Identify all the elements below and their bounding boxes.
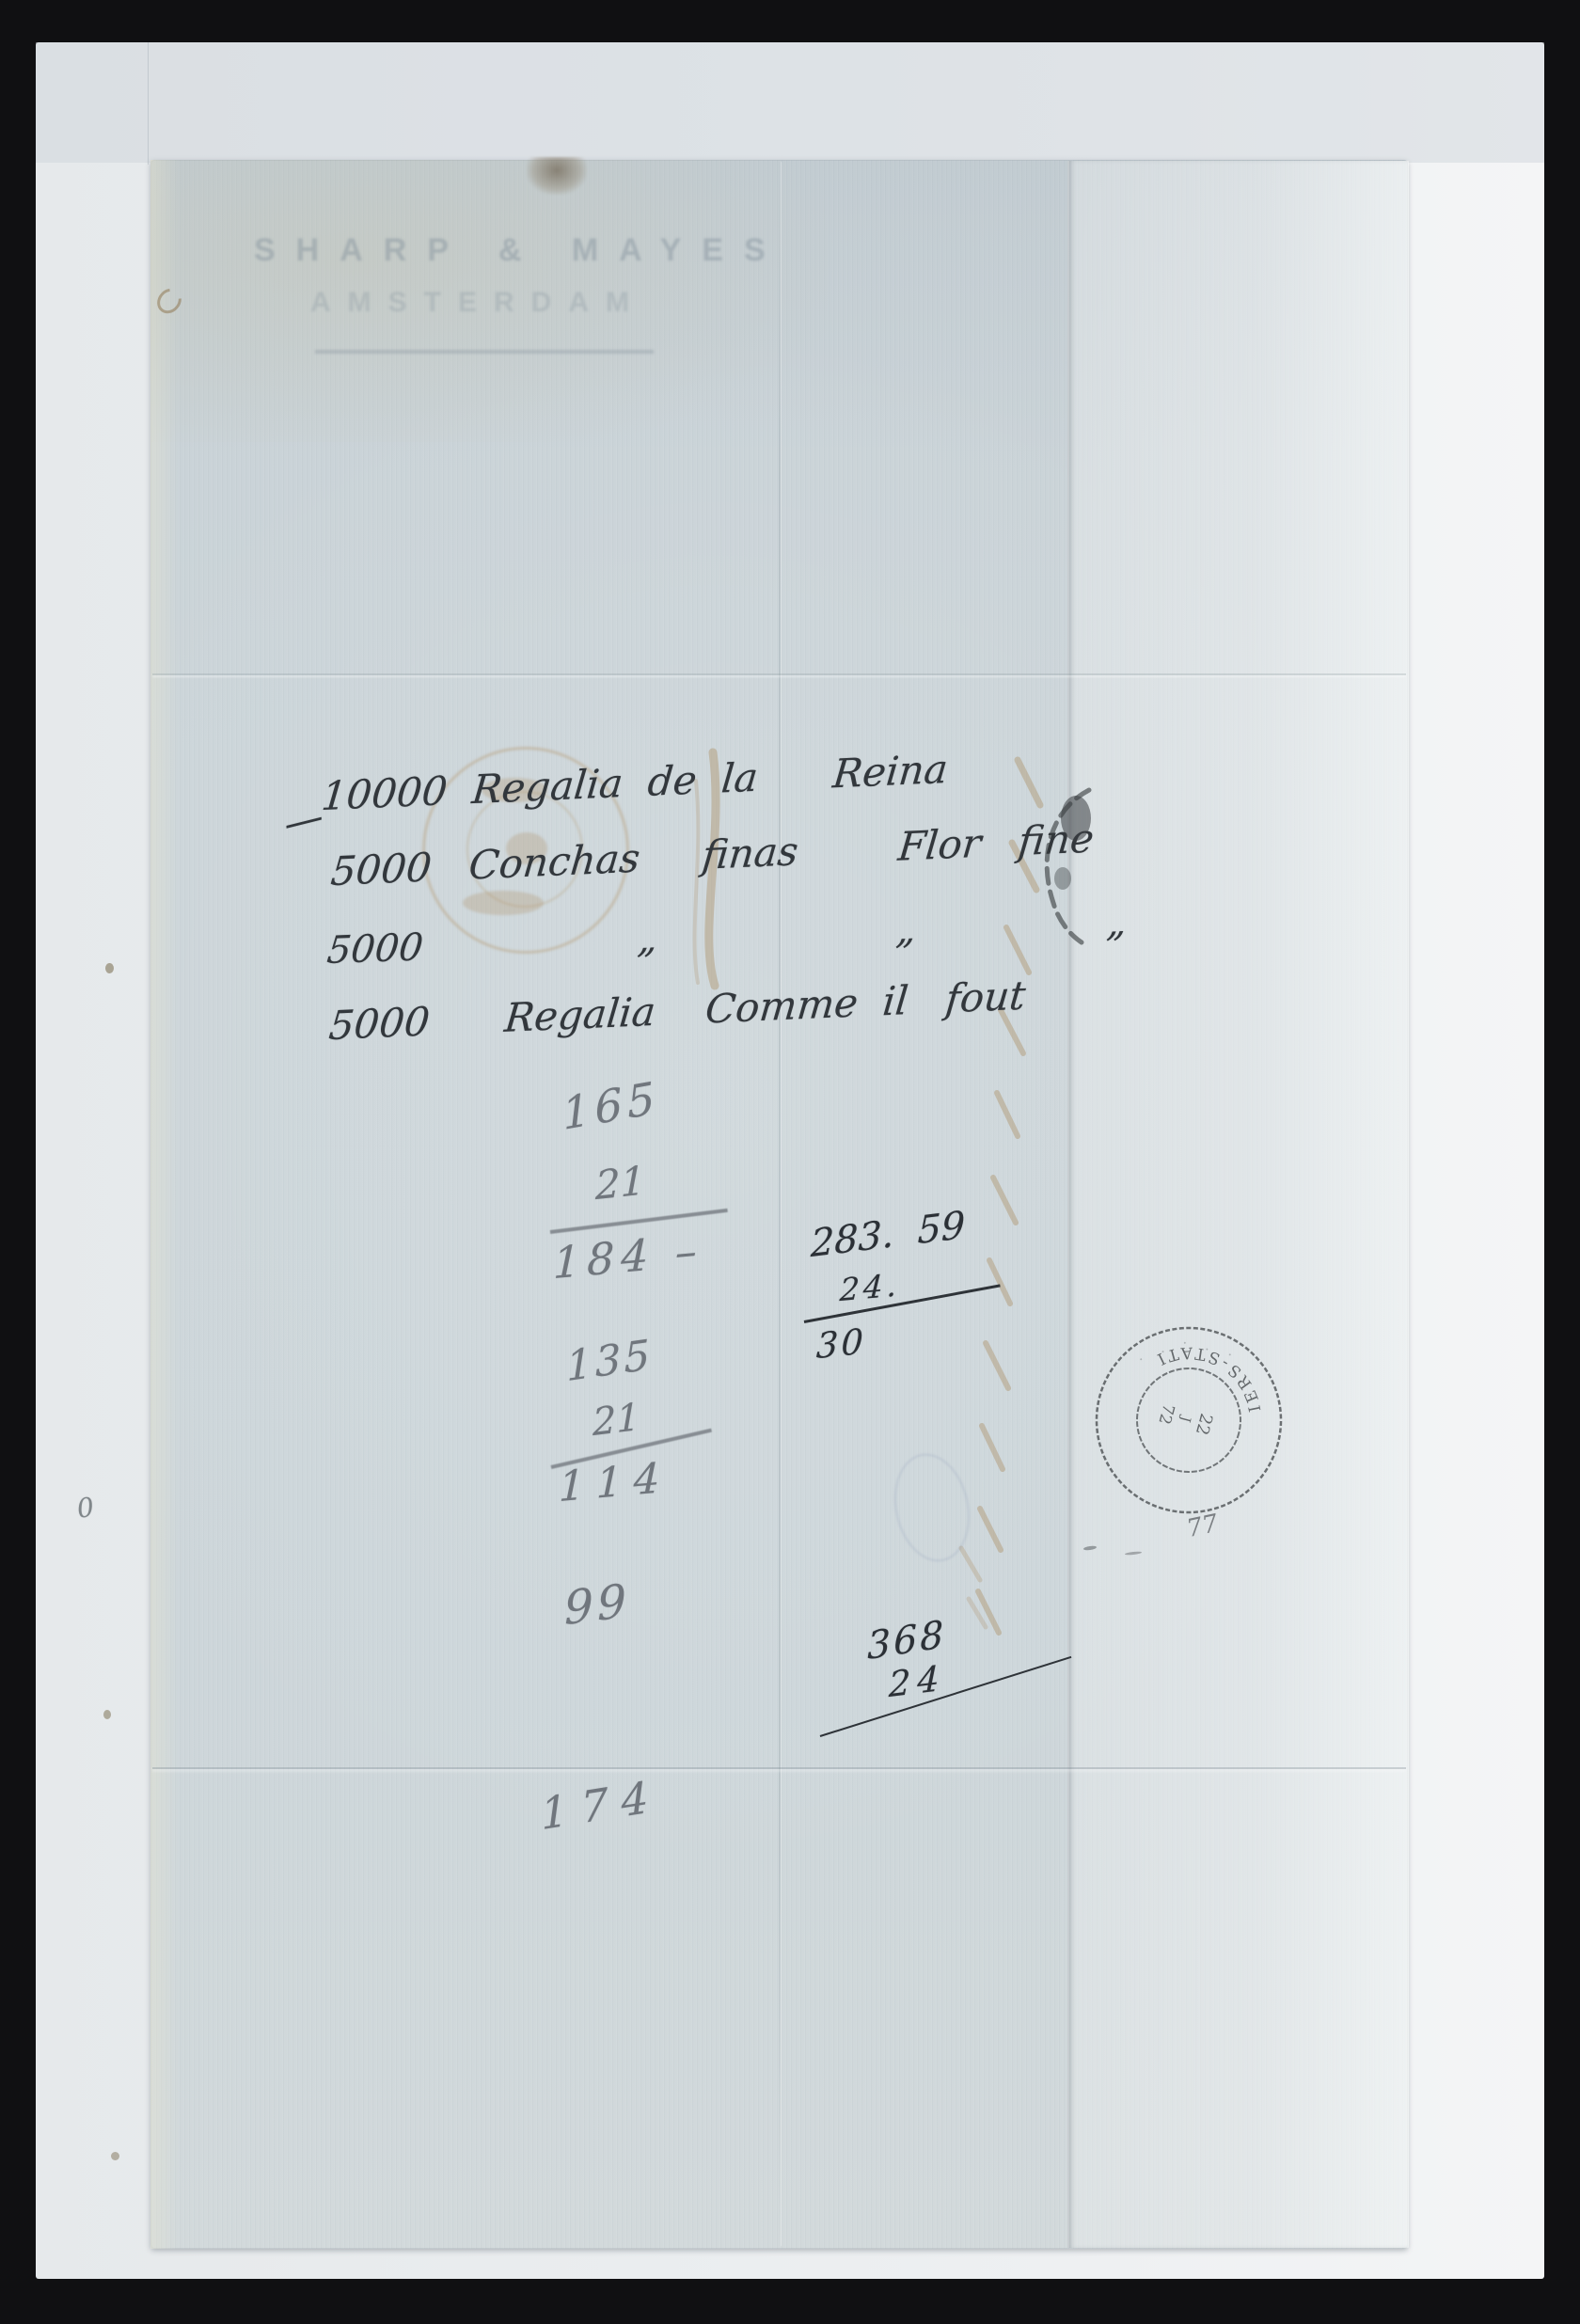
cds-date-day: 22	[1192, 1411, 1216, 1437]
embossed-letterhead-line1: SHARP & MAYES	[254, 232, 786, 269]
letter-left-edge-highlight	[150, 160, 179, 2249]
smeared-partial-postmark	[1021, 783, 1108, 954]
cds-date-month: J	[1177, 1413, 1193, 1424]
edge-speck-1	[105, 963, 114, 973]
edge-speck-3	[111, 2152, 119, 2160]
black-cds-postmark: IERS-STATI · . · . · 22 J 72	[1089, 1320, 1288, 1520]
fold-crease-horizontal-upper	[152, 673, 1406, 675]
embossed-letterhead-rule	[315, 350, 654, 354]
edge-speck-2	[103, 1710, 111, 1719]
backing-top-band	[36, 42, 1544, 163]
scanned-letter-page: SHARP & MAYES AMSTERDAM —	[0, 0, 1580, 2324]
embossed-letterhead-line2: AMSTERDAM	[310, 287, 646, 319]
pencil-note-99: 99	[563, 1573, 630, 1636]
pencil-calc2-result: 114	[559, 1453, 671, 1511]
ink-calc1-mid: 24.	[839, 1266, 901, 1308]
pencil-calc2-mult: 21	[592, 1396, 640, 1445]
top-edge-stain	[527, 157, 587, 195]
ink-calc1-result: 30	[815, 1320, 866, 1367]
pencil-calc1-mult: 21	[595, 1157, 645, 1209]
red-cds-blur-bottom	[463, 891, 544, 915]
backing-seam	[148, 42, 149, 165]
cds-date-year: 72	[1154, 1401, 1177, 1426]
